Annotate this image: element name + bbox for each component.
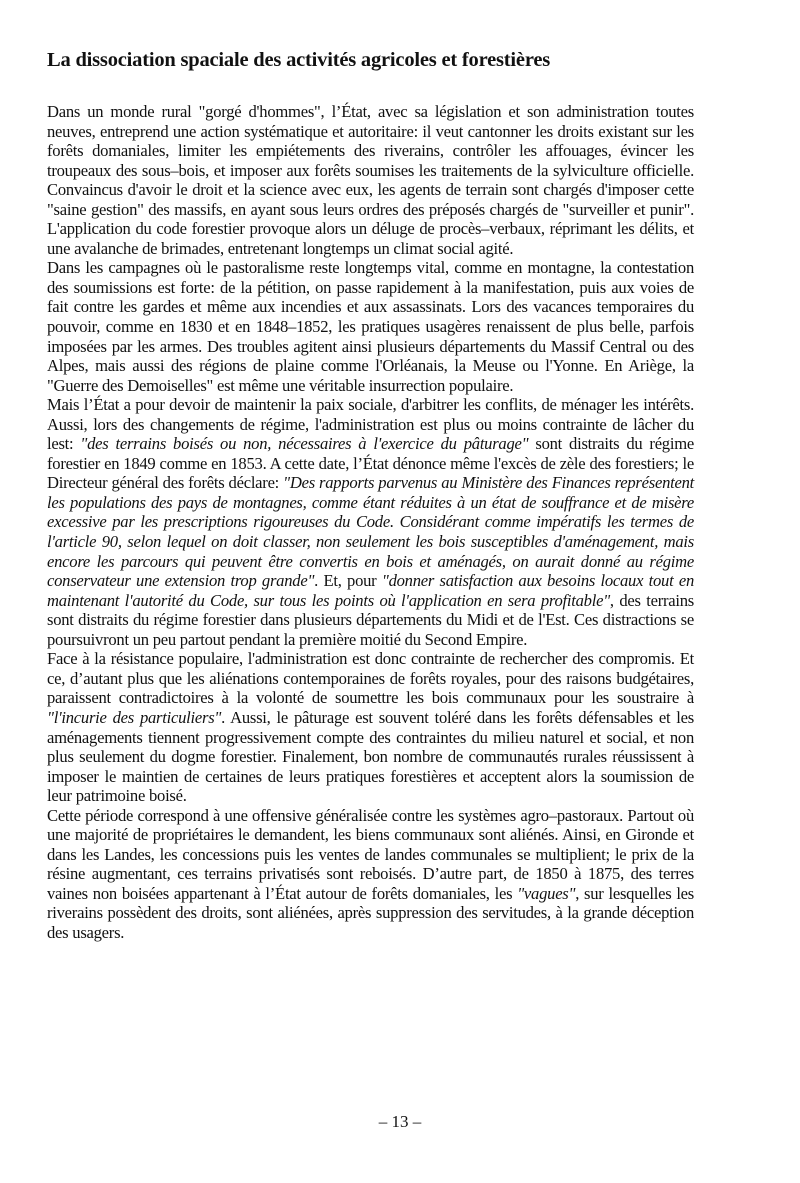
quotation: "vagues" (517, 884, 575, 903)
text-run: Dans un monde rural "gorgé d'hommes", l’… (47, 102, 694, 258)
paragraph: Cette période correspond à une offensive… (47, 806, 694, 943)
paragraph: Dans les campagnes où le pastoralisme re… (47, 258, 694, 395)
page-number: – 13 – (0, 1112, 800, 1132)
text-run: Face à la résistance populaire, l'admini… (47, 649, 694, 707)
paragraph: Dans un monde rural "gorgé d'hommes", l’… (47, 102, 694, 258)
paragraph: Mais l’État a pour devoir de maintenir l… (47, 395, 694, 649)
text-run: Dans les campagnes où le pastoralisme re… (47, 258, 694, 394)
quotation: "l'incurie des particuliers" (47, 708, 221, 727)
body-text: Dans un monde rural "gorgé d'hommes", l’… (47, 102, 694, 943)
quotation: "des terrains boisés ou non, nécessaires… (80, 434, 528, 453)
paragraph: Face à la résistance populaire, l'admini… (47, 649, 694, 805)
text-run: . Et, pour (314, 571, 382, 590)
section-title: La dissociation spaciale des activités a… (47, 49, 694, 72)
